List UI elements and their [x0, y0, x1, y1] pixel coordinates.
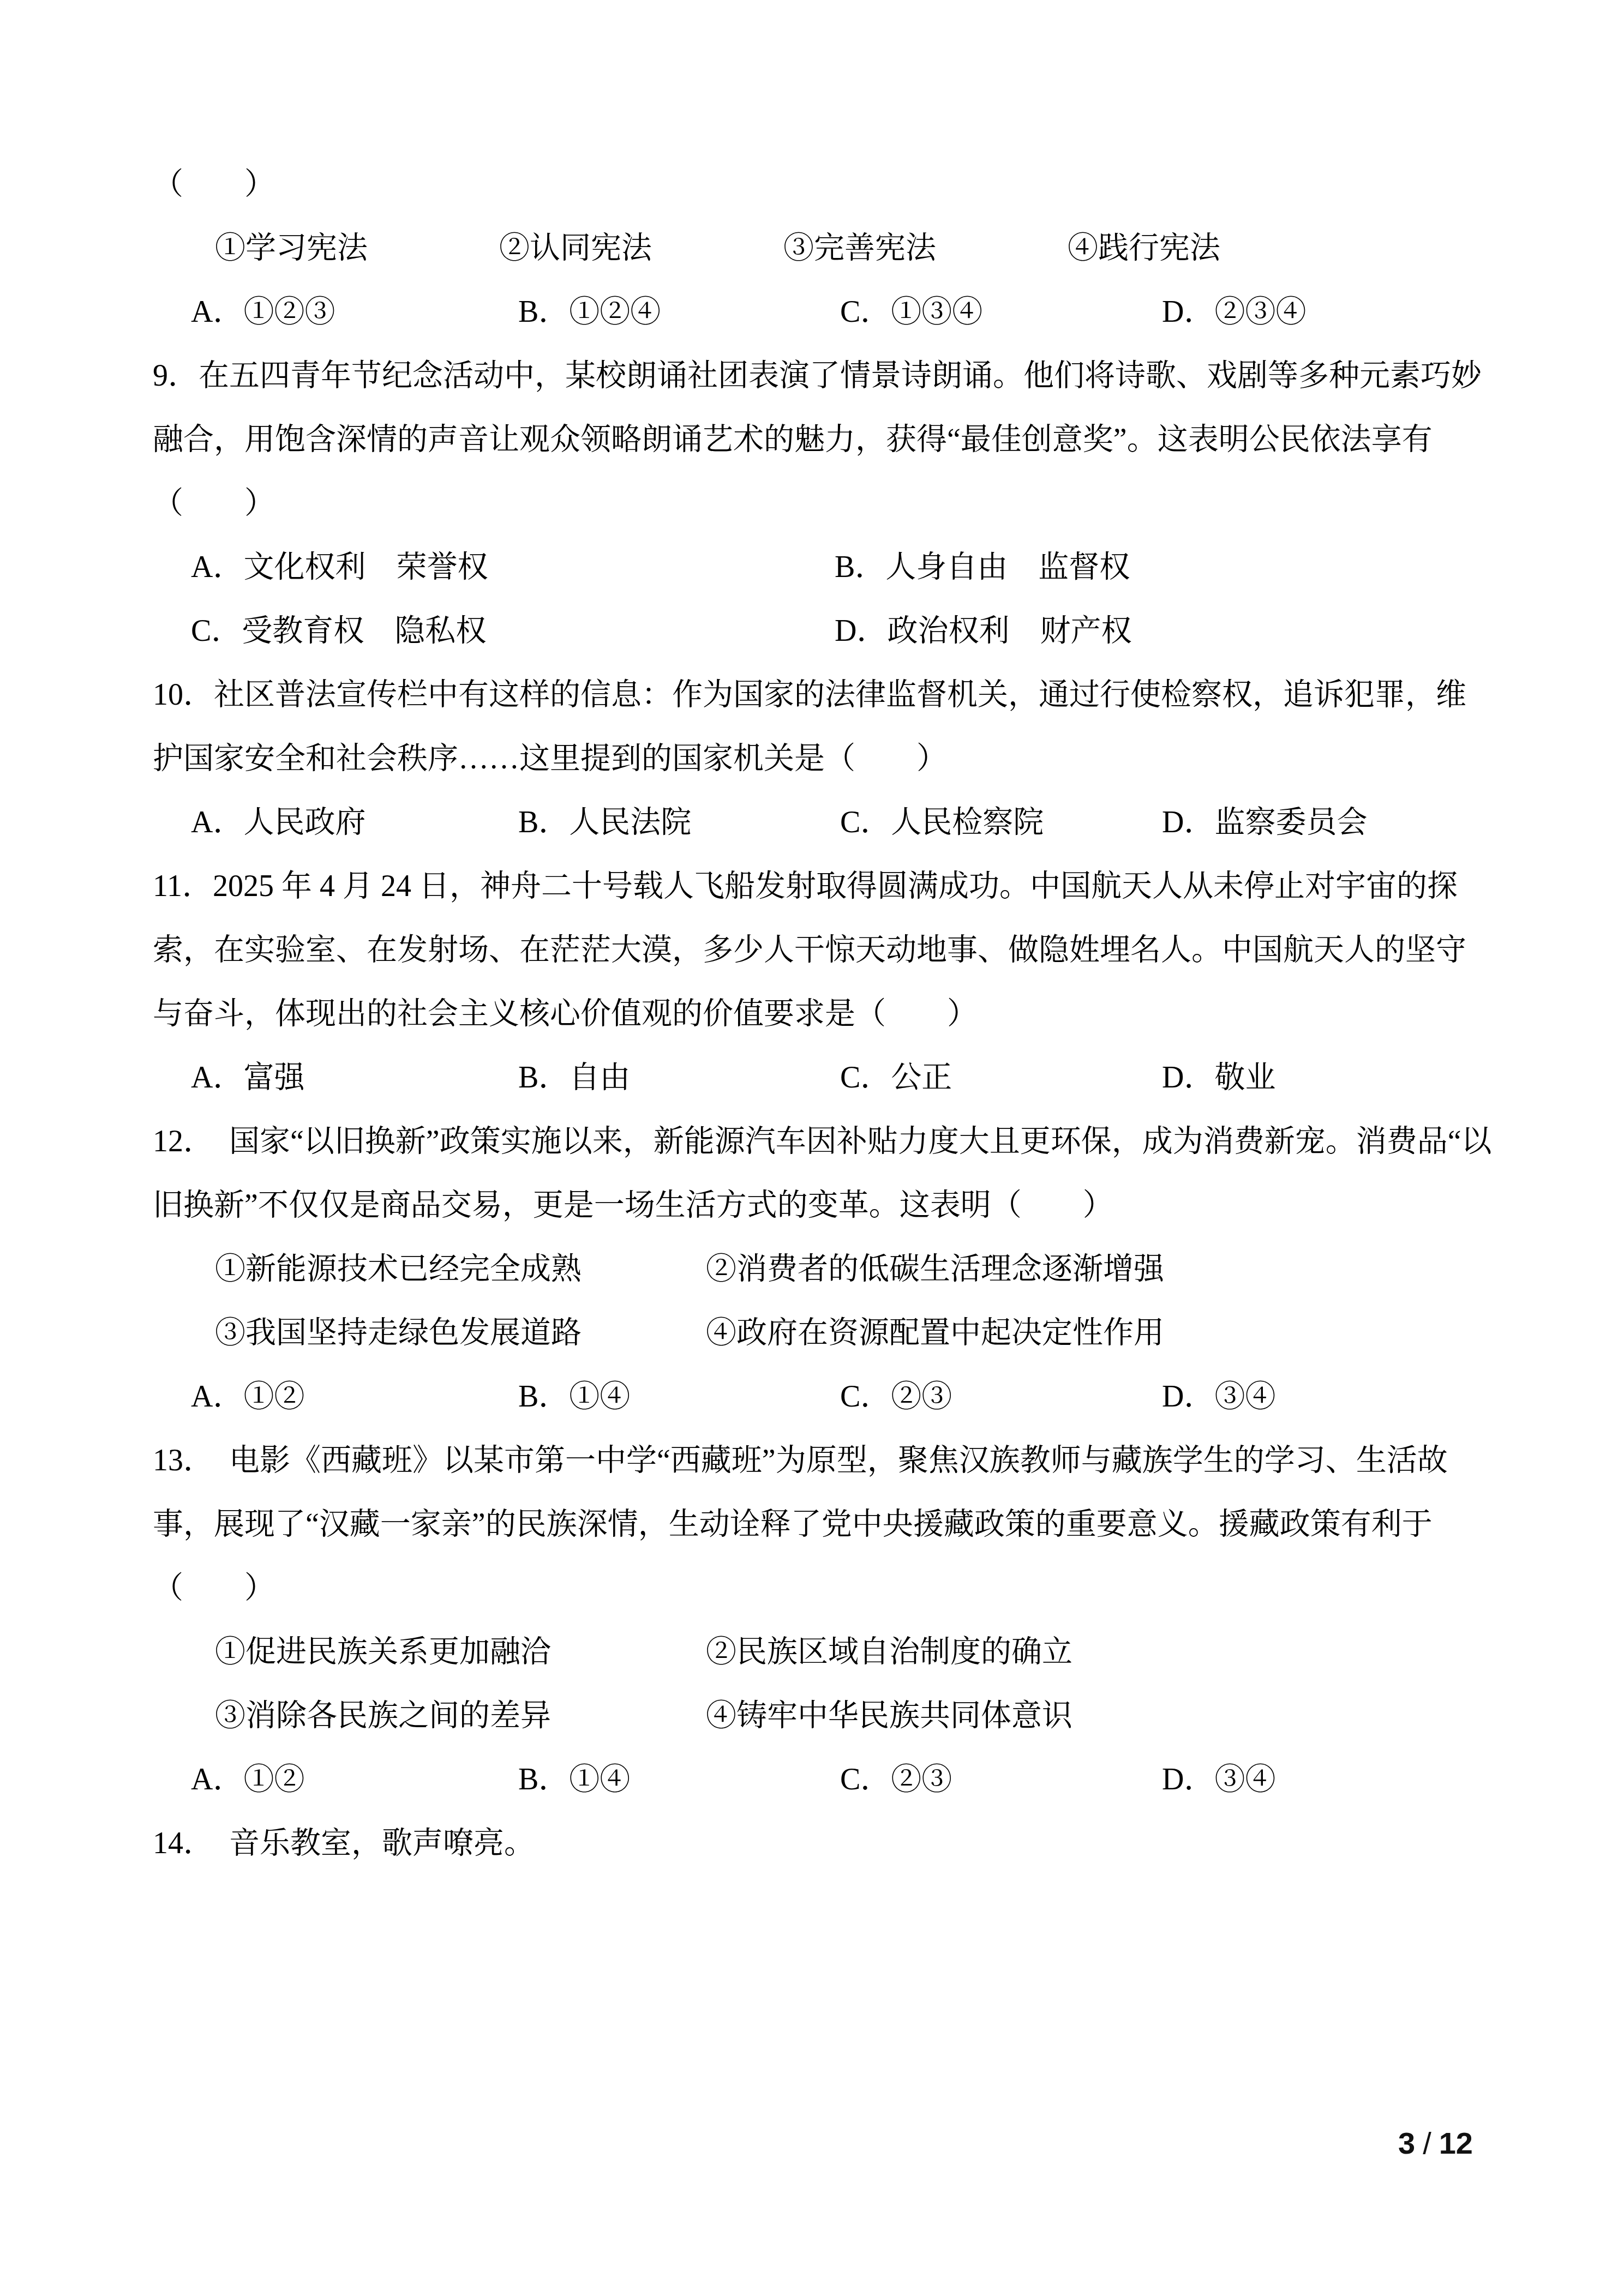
q13-stem-line-2: 事，展现了“汉藏一家亲”的民族深情，生动诠释了党中央援藏政策的重要意义。援藏政策…: [153, 1493, 1495, 1556]
q12-choice-c: C．②③: [840, 1365, 1162, 1429]
q8-option-4: ④践行宪法: [1068, 217, 1495, 280]
q8-choice-a: A．①②③: [191, 280, 518, 344]
q8-choices-row: A．①②③ B．①②④ C．①③④ D．②③④: [191, 280, 1495, 344]
q9-choice-d: D．政治权利 财产权: [835, 599, 1495, 663]
q10-choice-c: C．人民检察院: [840, 791, 1162, 855]
q13-options-row-2: ③消除各民族之间的差异 ④铸牢中华民族共同体意识: [215, 1684, 1495, 1748]
q9-stem-line-1: 9．在五四青年节纪念活动中，某校朗诵社团表演了情景诗朗诵。他们将诗歌、戏剧等多种…: [153, 344, 1495, 408]
q8-option-3: ③完善宪法: [783, 217, 1068, 280]
q13-options-row-1: ①促进民族关系更加融洽 ②民族区域自治制度的确立: [215, 1620, 1495, 1684]
q11-stem-line-2: 索，在实验室、在发射场、在茫茫大漠，多少人干惊天动地事、做隐姓埋名人。中国航天人…: [153, 918, 1495, 982]
q12-option-2: ②消费者的低碳生活理念逐渐增强: [706, 1237, 1495, 1301]
q11-choice-b: B．自由: [518, 1046, 840, 1110]
page-number-total: 12: [1439, 2126, 1473, 2160]
q11-choice-a: A．富强: [191, 1046, 518, 1110]
exam-content: （ ） ①学习宪法 ②认同宪法 ③完善宪法 ④践行宪法 A．①②③ B．①②④ …: [153, 153, 1495, 1876]
q10-choices-row: A．人民政府 B．人民法院 C．人民检察院 D．监察委员会: [191, 791, 1495, 855]
q10-stem-line-1: 10．社区普法宣传栏中有这样的信息：作为国家的法律监督机关，通过行使检察权，追诉…: [153, 663, 1495, 727]
q12-options-row-1: ①新能源技术已经完全成熟 ②消费者的低碳生活理念逐渐增强: [215, 1237, 1495, 1301]
q9-choices-row-1: A．文化权利 荣誉权 B．人身自由 监督权: [191, 536, 1495, 599]
q13-choices-row: A．①② B．①④ C．②③ D．③④: [191, 1748, 1495, 1812]
q13-choice-d: D．③④: [1162, 1748, 1495, 1812]
q8-choice-b: B．①②④: [518, 280, 840, 344]
q8-options-row: ①学习宪法 ②认同宪法 ③完善宪法 ④践行宪法: [215, 217, 1495, 280]
q8-answer-blank: （ ）: [153, 153, 1495, 217]
q13-option-2: ②民族区域自治制度的确立: [706, 1620, 1495, 1684]
q13-choice-c: C．②③: [840, 1748, 1162, 1812]
q12-choice-a: A．①②: [191, 1365, 518, 1429]
q9-answer-blank: （ ）: [153, 472, 1495, 536]
q8-choice-d: D．②③④: [1162, 280, 1495, 344]
q12-option-3: ③我国坚持走绿色发展道路: [215, 1301, 706, 1365]
q11-choices-row: A．富强 B．自由 C．公正 D．敬业: [191, 1046, 1495, 1110]
q13-option-1: ①促进民族关系更加融洽: [215, 1620, 706, 1684]
q12-choice-b: B．①④: [518, 1365, 840, 1429]
q13-option-3: ③消除各民族之间的差异: [215, 1684, 706, 1748]
page-footer: 3/12: [1398, 2126, 1473, 2161]
q10-stem-line-2: 护国家安全和社会秩序……这里提到的国家机关是（ ）: [153, 727, 1495, 791]
q13-choice-a: A．①②: [191, 1748, 518, 1812]
q9-choice-b: B．人身自由 监督权: [835, 536, 1495, 599]
q9-stem-line-2: 融合，用饱含深情的声音让观众领略朗诵艺术的魅力，获得“最佳创意奖”。这表明公民依…: [153, 408, 1495, 472]
q12-options-row-2: ③我国坚持走绿色发展道路 ④政府在资源配置中起决定性作用: [215, 1301, 1495, 1365]
q11-choice-c: C．公正: [840, 1046, 1162, 1110]
q8-choice-c: C．①③④: [840, 280, 1162, 344]
q11-stem-line-3: 与奋斗，体现出的社会主义核心价值观的价值要求是（ ）: [153, 982, 1495, 1046]
q12-option-1: ①新能源技术已经完全成熟: [215, 1237, 706, 1301]
q8-option-1: ①学习宪法: [215, 217, 499, 280]
q10-choice-b: B．人民法院: [518, 791, 840, 855]
q11-choice-d: D．敬业: [1162, 1046, 1495, 1110]
q12-choice-d: D．③④: [1162, 1365, 1495, 1429]
q13-answer-blank: （ ）: [153, 1556, 1495, 1620]
q8-option-2: ②认同宪法: [499, 217, 783, 280]
q10-choice-d: D．监察委员会: [1162, 791, 1495, 855]
exam-page: （ ） ①学习宪法 ②认同宪法 ③完善宪法 ④践行宪法 A．①②③ B．①②④ …: [0, 0, 1624, 2296]
q13-stem-line-1: 13． 电影《西藏班》以某市第一中学“西藏班”为原型，聚焦汉族教师与藏族学生的学…: [153, 1429, 1495, 1493]
q12-choices-row: A．①② B．①④ C．②③ D．③④: [191, 1365, 1495, 1429]
q9-choice-a: A．文化权利 荣誉权: [191, 536, 835, 599]
q12-stem-line-1: 12． 国家“以旧换新”政策实施以来，新能源汽车因补贴力度大且更环保，成为消费新…: [153, 1110, 1495, 1174]
q12-option-4: ④政府在资源配置中起决定性作用: [706, 1301, 1495, 1365]
q13-option-4: ④铸牢中华民族共同体意识: [706, 1684, 1495, 1748]
q9-choice-c: C．受教育权 隐私权: [191, 599, 835, 663]
q11-stem-line-1: 11．2025 年 4 月 24 日，神舟二十号载人飞船发射取得圆满成功。中国航…: [153, 855, 1495, 918]
q12-stem-line-2: 旧换新”不仅仅是商品交易，更是一场生活方式的变革。这表明（ ）: [153, 1174, 1495, 1237]
q9-choices-row-2: C．受教育权 隐私权 D．政治权利 财产权: [191, 599, 1495, 663]
page-number-current: 3: [1398, 2126, 1415, 2160]
q14-stem-line-1: 14． 音乐教室，歌声嘹亮。: [153, 1812, 1495, 1876]
page-number-separator: /: [1415, 2126, 1439, 2160]
q13-choice-b: B．①④: [518, 1748, 840, 1812]
q10-choice-a: A．人民政府: [191, 791, 518, 855]
